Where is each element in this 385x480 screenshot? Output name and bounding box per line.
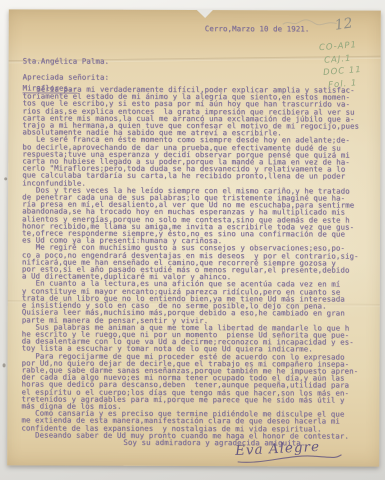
signature: Eva Alegre [235, 438, 344, 466]
archive-marks: CO-AP1 CAJ.1 DOC 11 Fol. 1 [319, 39, 364, 92]
paragraph: Como cansaría y es preciso que termine p… [21, 410, 373, 433]
paragraph: Para regocijarme de que mi proceder esté… [21, 352, 373, 411]
letter-body: Sería para mi verdaderamente difícil,pod… [21, 85, 374, 446]
dateline: Cerro,Marzo 10 de 1921. [205, 24, 310, 33]
paragraph: En cuanto a la lectura,es una afición qu… [22, 280, 374, 324]
recipient-name: Sta.Angélica Palma. [23, 57, 109, 66]
paragraph: Le seré franca en éste momento como siem… [22, 136, 374, 188]
torn-notch [196, 9, 214, 18]
paper-speck [4, 177, 7, 180]
paragraph: Sería para mi verdaderamente difícil,pod… [22, 85, 374, 137]
salutation: Apreciada señorita: [23, 72, 109, 81]
paragraph: Me regiré con muchísimo gusto a sus cons… [22, 244, 374, 281]
paragraph: Dos y tres veces la he leído siempre con… [22, 186, 374, 245]
pencil-page-number: 12 [334, 15, 354, 33]
paper-speck [3, 363, 6, 367]
letter-sheet: Cerro,Marzo 10 de 1921. 12 CO-AP1 CAJ.1 … [7, 9, 381, 466]
paragraph: Sus palabras me animan a que me tome la … [22, 323, 374, 353]
scanned-letter-page: Cerro,Marzo 10 de 1921. 12 CO-AP1 CAJ.1 … [0, 0, 385, 480]
